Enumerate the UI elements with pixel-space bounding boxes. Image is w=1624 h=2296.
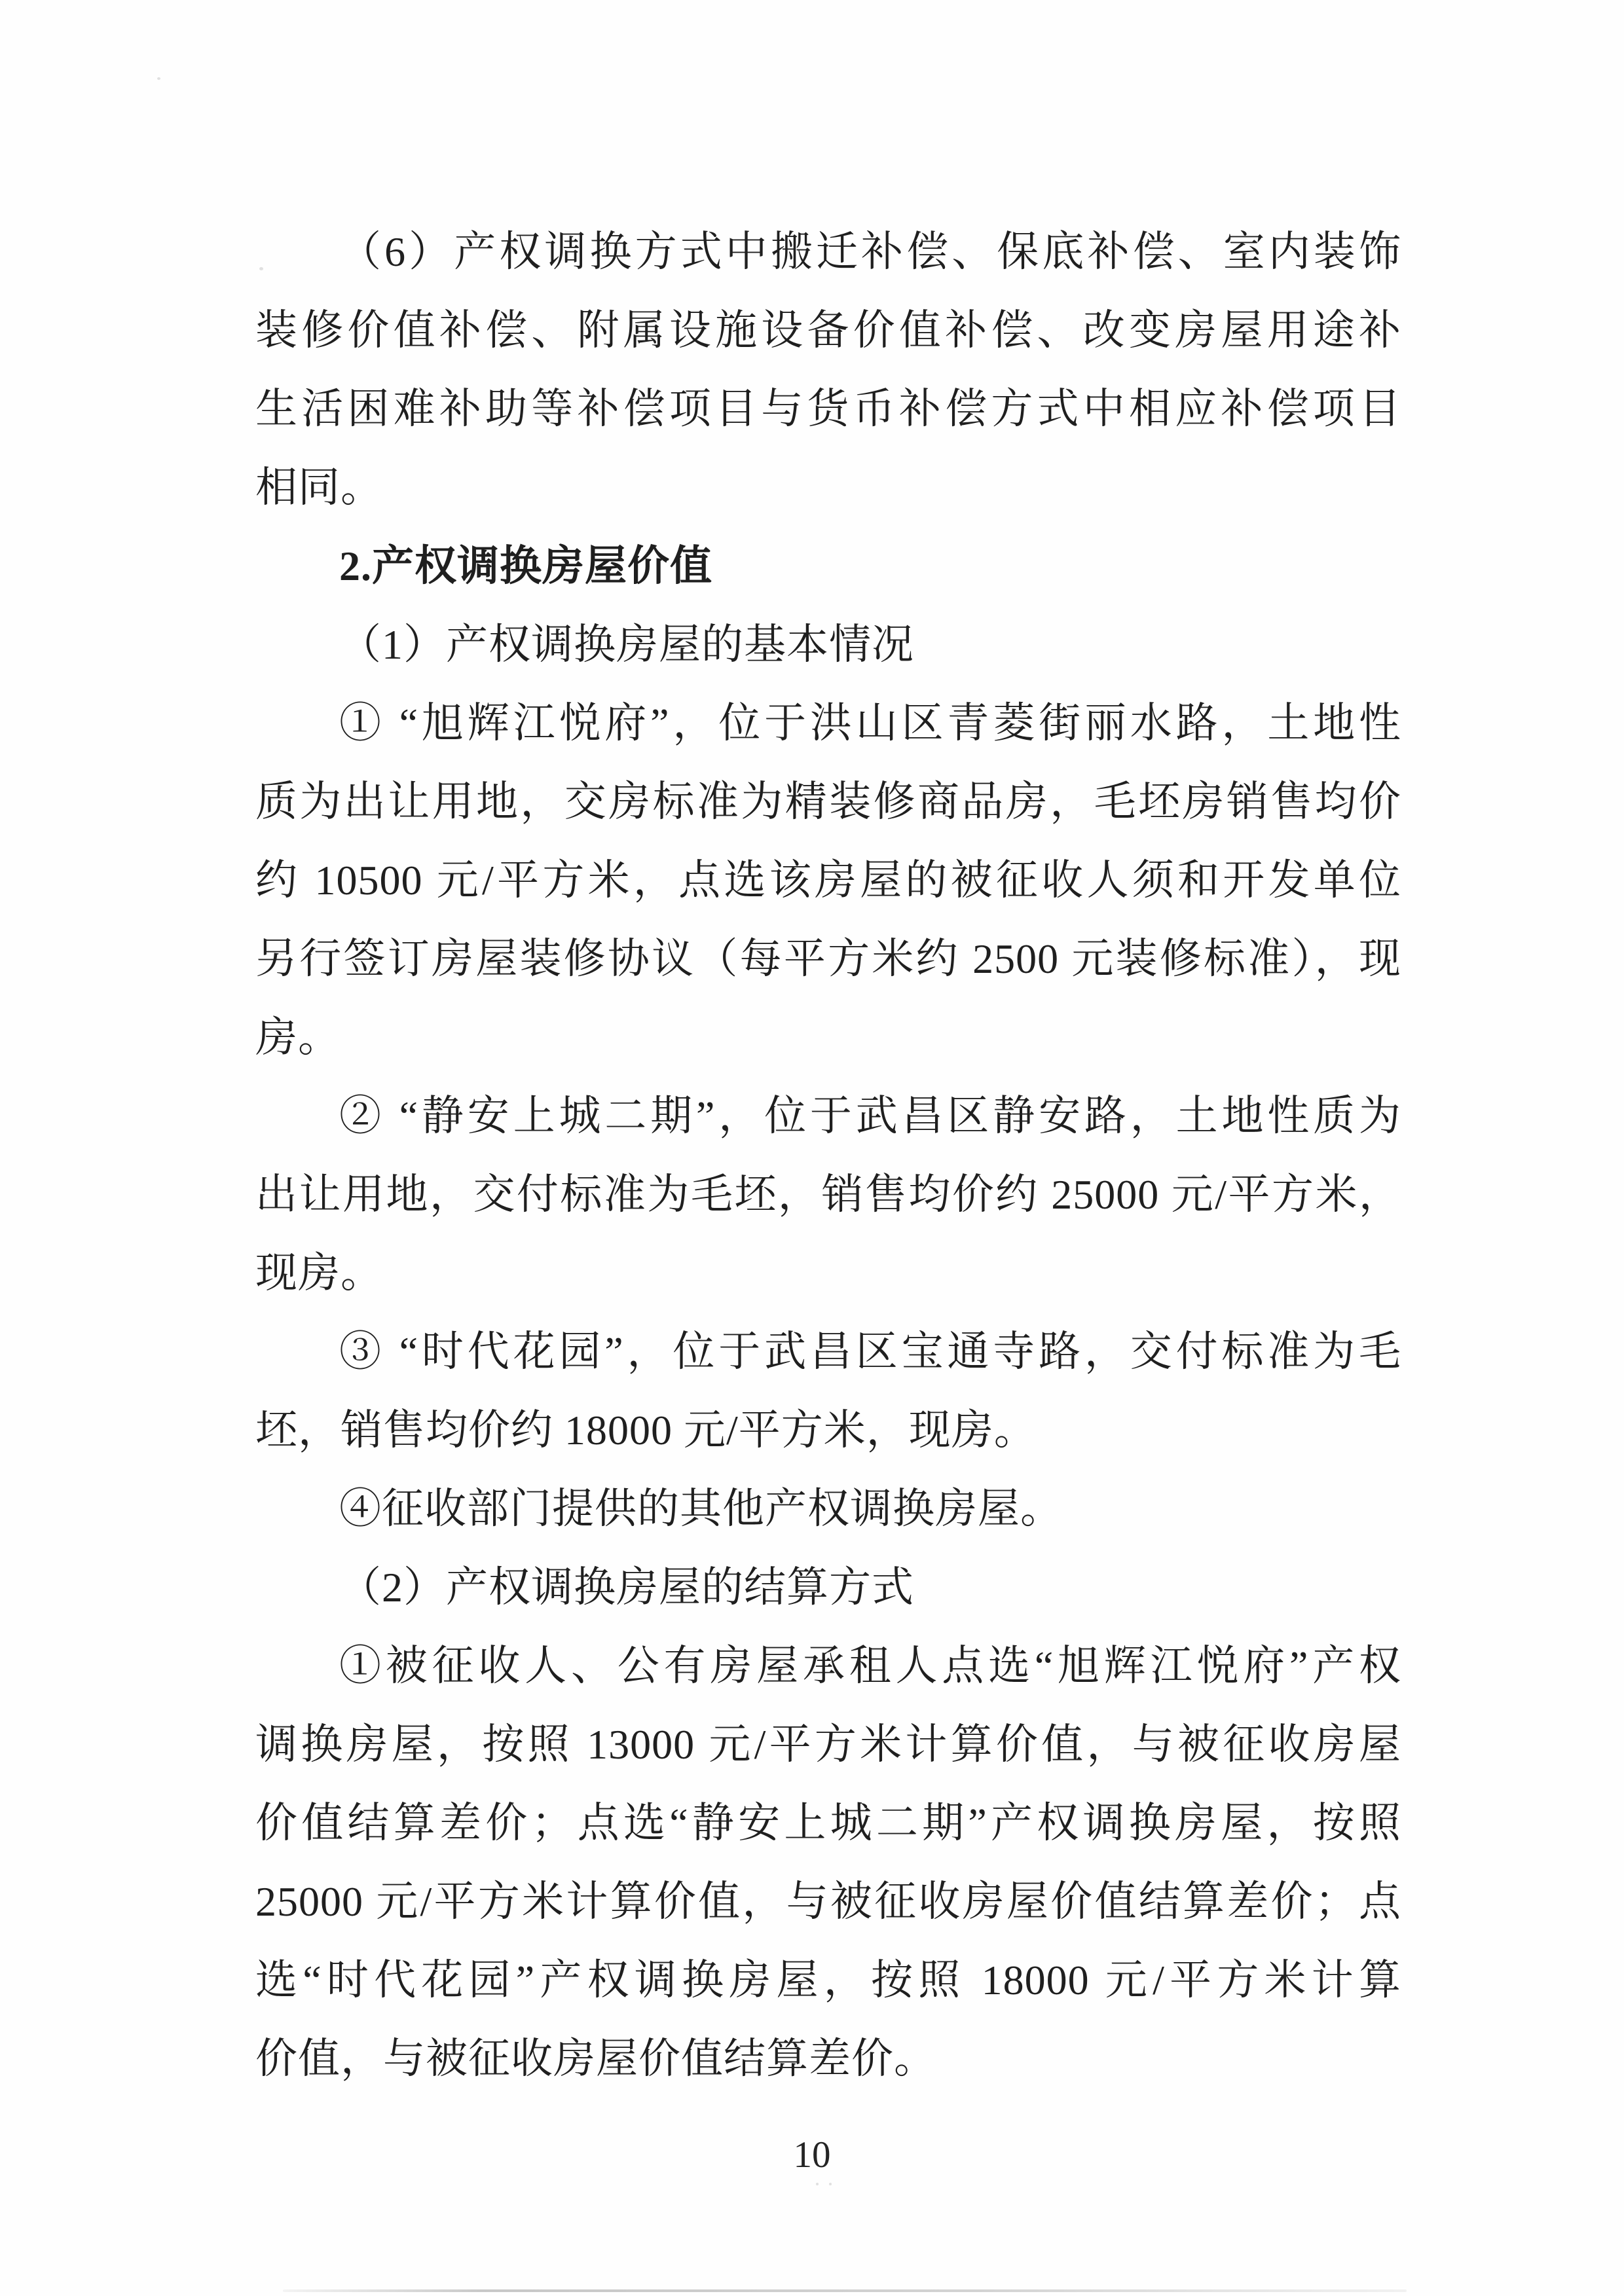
text-line: ① “旭辉江悦府”，位于洪山区青菱街丽水路，土地性 — [255, 684, 1401, 763]
text-line: 房。 — [255, 998, 1401, 1077]
scan-speck — [157, 77, 160, 80]
text-line: 另行签订房屋装修协议（每平方米约 2500 元装修标准），现 — [255, 920, 1401, 998]
document-page: （6）产权调换方式中搬迁补偿、保底补偿、室内装饰装修价值补偿、附属设施设备价值补… — [0, 0, 1624, 2296]
scan-speck — [829, 2183, 832, 2185]
text-line: 价值结算差价；点选“静安上城二期”产权调换房屋，按照 — [255, 1784, 1401, 1863]
text-line: （6）产权调换方式中搬迁补偿、保底补偿、室内装饰 — [255, 213, 1401, 291]
document-body: （6）产权调换方式中搬迁补偿、保底补偿、室内装饰装修价值补偿、附属设施设备价值补… — [255, 213, 1401, 2098]
text-line: 相同。 — [255, 448, 1401, 527]
page-number: 10 — [0, 2136, 1624, 2175]
text-line: 25000 元/平方米计算价值，与被征收房屋价值结算差价；点 — [255, 1863, 1401, 1941]
text-line: ①被征收人、公有房屋承租人点选“旭辉江悦府”产权 — [255, 1627, 1401, 1705]
text-line: （1）产权调换房屋的基本情况 — [255, 606, 1401, 684]
text-line: ③ “时代花园”，位于武昌区宝通寺路，交付标准为毛 — [255, 1313, 1401, 1391]
text-line: 价值，与被征收房屋价值结算差价。 — [255, 2020, 1401, 2098]
text-line: 2.产权调换房屋价值 — [255, 527, 1401, 606]
text-line: 选“时代花园”产权调换房屋，按照 18000 元/平方米计算 — [255, 1941, 1401, 2020]
text-line: ④征收部门提供的其他产权调换房屋。 — [255, 1470, 1401, 1548]
scan-speck — [816, 2183, 819, 2185]
text-line: 质为出让用地，交房标准为精装修商品房，毛坯房销售均价 — [255, 763, 1401, 841]
text-line: 装修价值补偿、附属设施设备价值补偿、改变房屋用途补助、 — [255, 291, 1401, 370]
text-line: 出让用地，交付标准为毛坯，销售均价约 25000 元/平方米， — [255, 1156, 1401, 1234]
scan-speck — [259, 267, 263, 270]
text-line: 生活困难补助等补偿项目与货币补偿方式中相应补偿项目 — [255, 370, 1401, 448]
text-line: 约 10500 元/平方米，点选该房屋的被征收人须和开发单位 — [255, 841, 1401, 920]
text-line: 现房。 — [255, 1234, 1401, 1313]
text-line: 坯，销售均价约 18000 元/平方米，现房。 — [255, 1391, 1401, 1470]
scan-artifact-line — [283, 2289, 1407, 2292]
text-line: 调换房屋，按照 13000 元/平方米计算价值，与被征收房屋 — [255, 1705, 1401, 1784]
text-line: ② “静安上城二期”，位于武昌区静安路，土地性质为 — [255, 1077, 1401, 1156]
text-line: （2）产权调换房屋的结算方式 — [255, 1548, 1401, 1627]
